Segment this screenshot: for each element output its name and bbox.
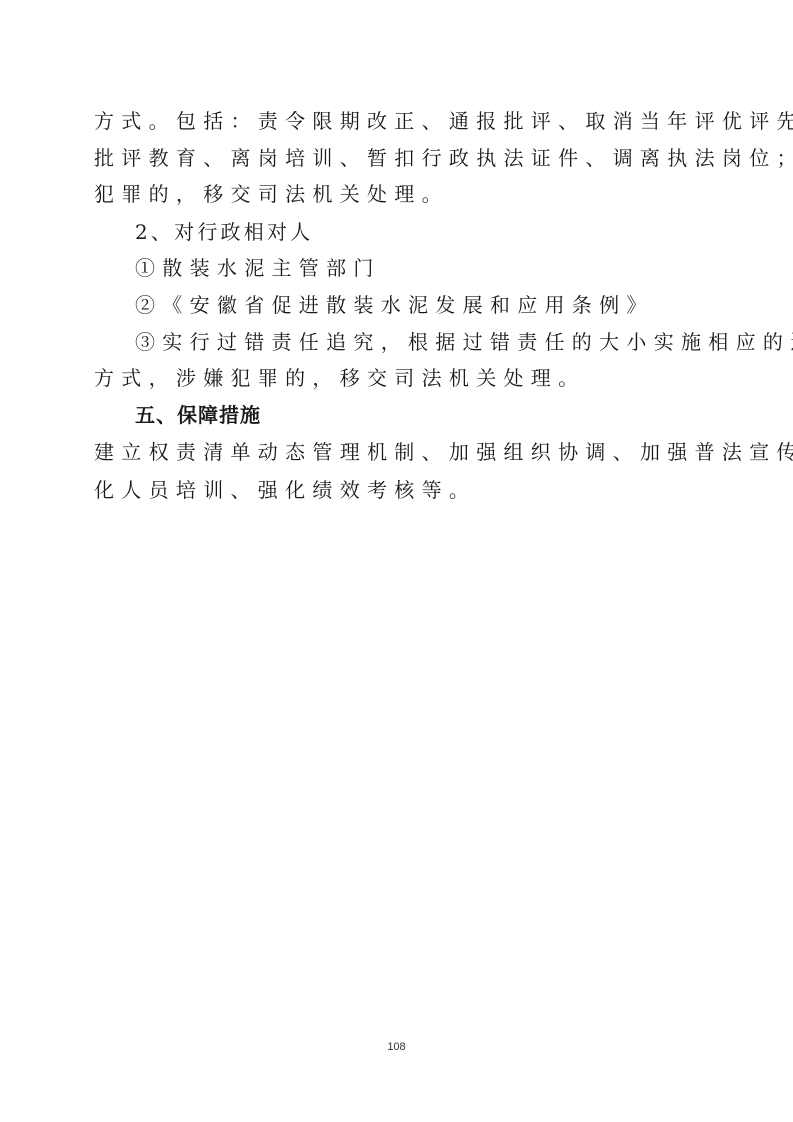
section-heading-safeguards: 五、保障措施 [135, 397, 745, 433]
body-text-line: 化人员培训、强化绩效考核等。 [94, 472, 704, 508]
list-item-1: ①散装水泥主管部门 [135, 250, 745, 286]
body-text-line: 建立权责清单动态管理机制、加强组织协调、加强普法宣传、强 [94, 434, 704, 470]
list-item-2: ②《安徽省促进散装水泥发展和应用条例》 [135, 287, 745, 323]
subheading-administrative-counterpart: 2、对行政相对人 [135, 214, 745, 250]
body-text-line: 批评教育、离岗培训、暂扣行政执法证件、调离执法岗位；涉嫌 [94, 140, 704, 176]
body-text-line: 方式。包括：责令限期改正、通报批评、取消当年评优评先资格、 [94, 103, 704, 139]
list-item-3-continuation: 方式，涉嫌犯罪的，移交司法机关处理。 [94, 360, 704, 396]
page-number: 108 [0, 1041, 793, 1053]
list-item-3: ③实行过错责任追究，根据过错责任的大小实施相应的追究 [135, 324, 745, 360]
document-page: 方式。包括：责令限期改正、通报批评、取消当年评优评先资格、 批评教育、离岗培训、… [0, 0, 793, 1122]
body-text-line: 犯罪的，移交司法机关处理。 [94, 176, 704, 212]
